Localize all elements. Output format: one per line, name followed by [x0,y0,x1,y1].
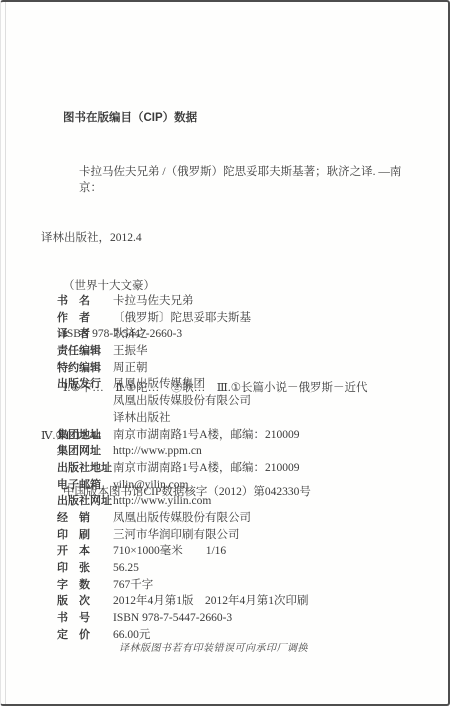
colophon-row-label: 责任编辑 [57,343,103,360]
colophon-row-label: 开 本 [57,543,103,560]
colophon-row: 印 张56.25 [57,560,432,577]
colophon-row-label: 版 次 [57,593,103,610]
colophon-row: 凤凰出版传媒股份有限公司 [57,393,432,410]
colophon-row: 作 者〔俄罗斯〕陀思妥耶夫斯基 [57,310,432,327]
colophon-row: 出版社地址南京市湖南路1号A楼，邮编：210009 [57,460,432,477]
colophon-section: 书 名卡拉马佐夫兄弟作 者〔俄罗斯〕陀思妥耶夫斯基译 者耿济之责任编辑王振华特约… [57,293,432,643]
colophon-row: 集团网址http://www.ppm.cn [57,443,432,460]
colophon-row: 出版发行凤凰出版传媒集团 [57,376,432,393]
colophon-row: 开 本710×1000毫米 1/16 [57,543,432,560]
colophon-row: 字 数767千字 [57,577,432,594]
colophon-row-value: http://www.yilin.com [113,493,211,510]
colophon-row-value: 710×1000毫米 1/16 [113,543,226,560]
colophon-row: 经 销凤凰出版传媒股份有限公司 [57,510,432,527]
colophon-row: 责任编辑王振华 [57,343,432,360]
colophon-row: 书 名卡拉马佐夫兄弟 [57,293,432,310]
page-crease-line [5,2,6,704]
colophon-row-label: 字 数 [57,577,103,594]
colophon-row-label: 定 价 [57,627,103,644]
colophon-row-label: 电子邮箱 [57,477,103,494]
cip-series: （世界十大文豪） [63,278,424,294]
colophon-row-label: 出版社地址 [57,460,103,477]
colophon-row-value: 卡拉马佐夫兄弟 [113,293,194,310]
colophon-row: 集团地址南京市湖南路1号A楼，邮编：210009 [57,427,432,444]
colophon-row-value: 耿济之 [113,326,148,343]
footer-note: 译林版图书若有印装错误可向承印厂调换 [119,639,308,654]
colophon-row-label: 书 号 [57,610,103,627]
copyright-page: 图书在版编目（CIP）数据 卡拉马佐夫兄弟 /（俄罗斯）陀思妥耶夫斯基著；耿济之… [0,0,450,706]
cip-entry-line2: 译林出版社，2012.4 [41,230,424,246]
colophon-row-value: http://www.ppm.cn [113,443,202,460]
colophon-row-label: 译 者 [57,326,103,343]
colophon-row: 书 号ISBN 978-7-5447-2660-3 [57,610,432,627]
colophon-row-label: 经 销 [57,510,103,527]
colophon-row-value: 凤凰出版传媒集团 [113,376,205,393]
colophon-row-value: 56.25 [113,560,139,577]
colophon-row: 版 次2012年4月第1版 2012年4月第1次印刷 [57,593,432,610]
colophon-row-label: 集团地址 [57,427,103,444]
colophon-row-value: 周正朝 [113,360,148,377]
colophon-row-value: 译林出版社 [113,410,171,427]
colophon-row: 特约编辑周正朝 [57,360,432,377]
colophon-row-value: 南京市湖南路1号A楼，邮编：210009 [113,460,300,477]
colophon-row-value: 767千字 [113,577,153,594]
colophon-row-label: 印 张 [57,560,103,577]
colophon-row-value: 2012年4月第1版 2012年4月第1次印刷 [113,593,309,610]
colophon-row-label: 书 名 [57,293,103,310]
colophon-row-value: 凤凰出版传媒股份有限公司 [113,510,251,527]
colophon-row-label: 出版社网址 [57,493,103,510]
cip-title: 图书在版编目（CIP）数据 [63,110,424,126]
cip-entry-line1: 卡拉马佐夫兄弟 /（俄罗斯）陀思妥耶夫斯基著；耿济之译. —南京： [79,164,424,196]
colophon-row-label: 集团网址 [57,443,103,460]
colophon-row-value: ISBN 978-7-5447-2660-3 [113,610,232,627]
colophon-row-label: 作 者 [57,310,103,327]
colophon-row-label: 特约编辑 [57,360,103,377]
colophon-row-label: 出版发行 [57,376,103,393]
colophon-row: 译林出版社 [57,410,432,427]
colophon-row-label: 印 刷 [57,527,103,544]
colophon-row-value: 王振华 [113,343,148,360]
colophon-row-value: 凤凰出版传媒股份有限公司 [113,393,251,410]
colophon-row-value: 南京市湖南路1号A楼，邮编：210009 [113,427,300,444]
colophon-row-value: 三河市华润印刷有限公司 [113,527,240,544]
colophon-row-value: 〔俄罗斯〕陀思妥耶夫斯基 [113,310,251,327]
colophon-row: 译 者耿济之 [57,326,432,343]
colophon-row: 出版社网址http://www.yilin.com [57,493,432,510]
colophon-row: 电子邮箱yilin@yilin.com [57,477,432,494]
colophon-row-value: yilin@yilin.com [113,477,188,494]
colophon-row: 印 刷三河市华润印刷有限公司 [57,527,432,544]
